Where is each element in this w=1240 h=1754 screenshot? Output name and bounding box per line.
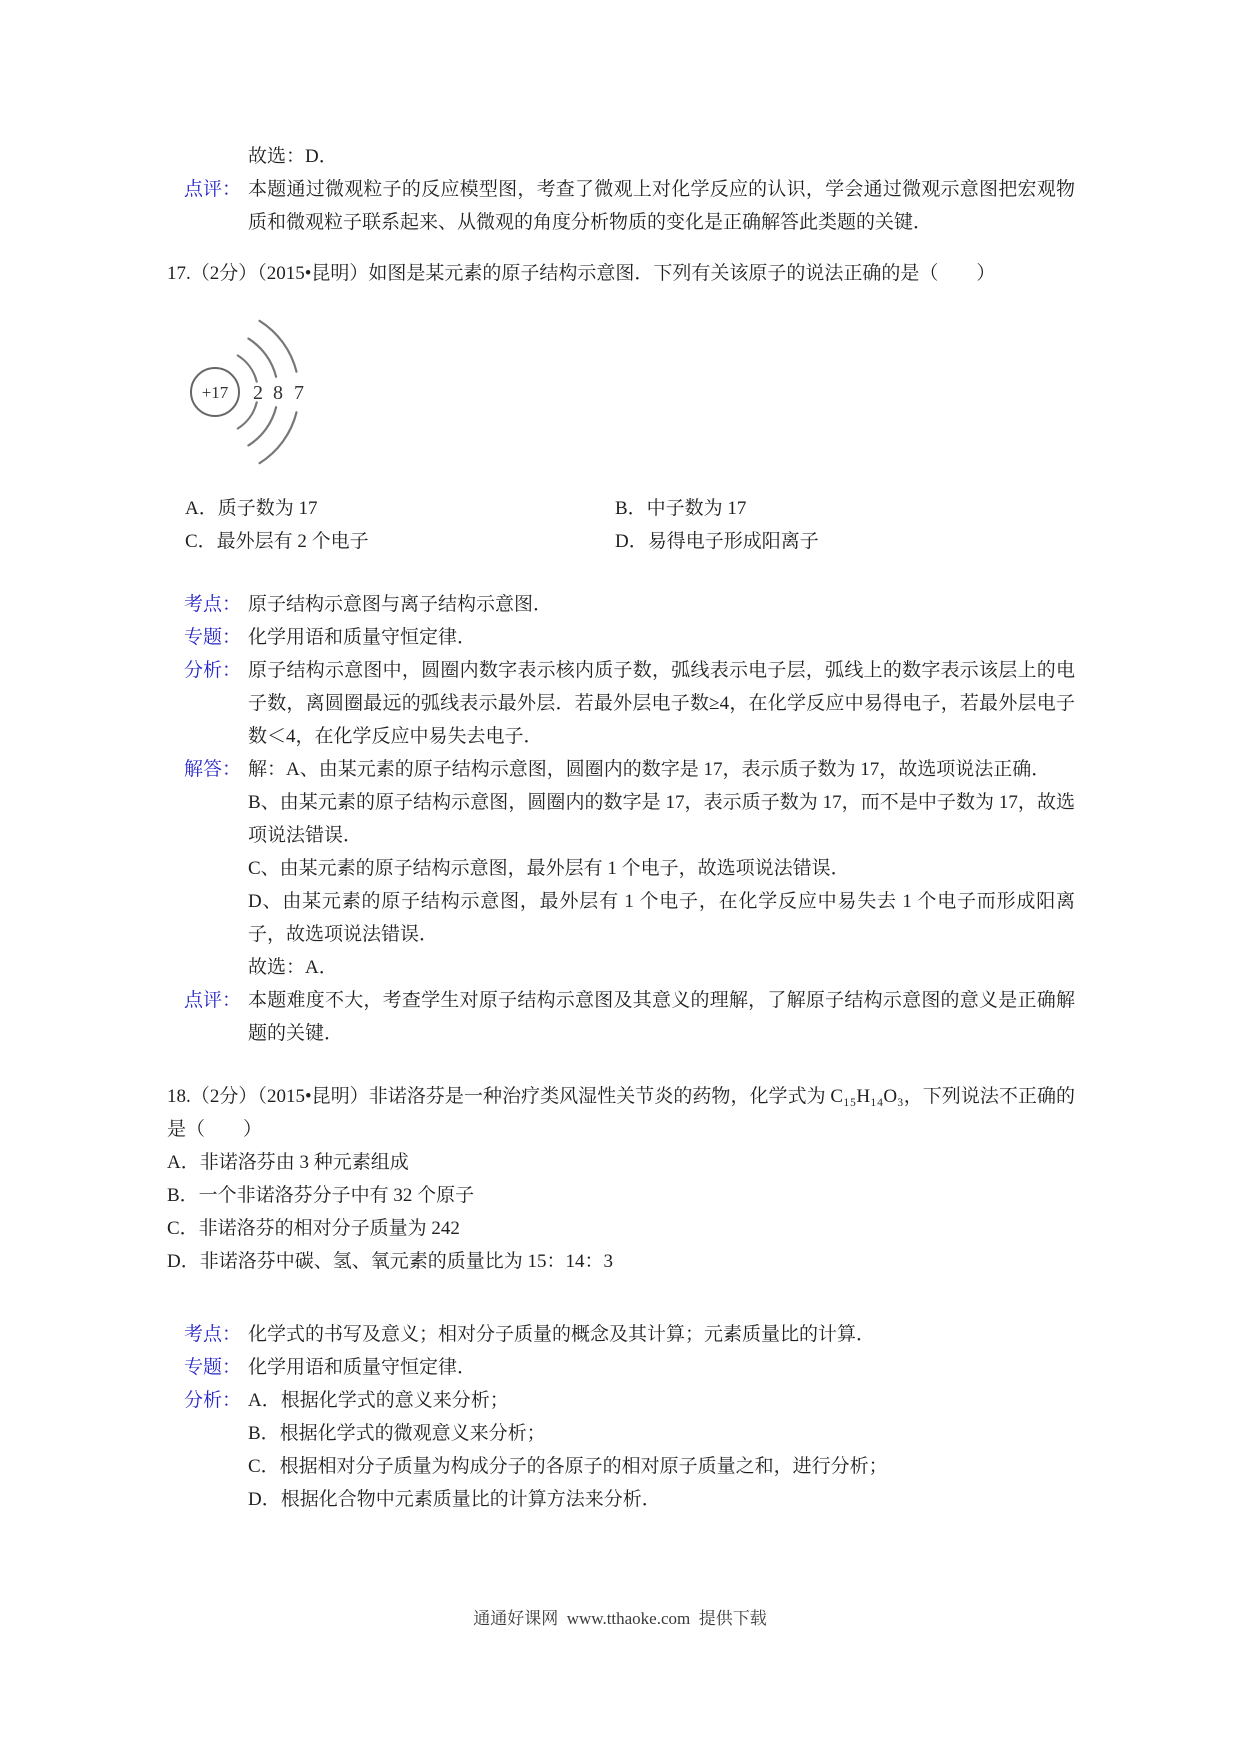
kaodian-label: 考点： bbox=[184, 1318, 248, 1351]
q17-fenxi-text: 原子结构示意图中，圆圈内数字表示核内质子数，弧线表示电子层，弧线上的数字表示该层… bbox=[248, 654, 1075, 753]
zhuanti-label: 专题： bbox=[184, 1351, 248, 1384]
solution-paragraph: B、由某元素的原子结构示意图，圆圈内的数字是 17，表示质子数为 17，而不是中… bbox=[248, 786, 1075, 852]
q18-options: A．非诺洛芬由 3 种元素组成 B．一个非诺洛芬分子中有 32 个原子 C．非诺… bbox=[167, 1146, 1075, 1278]
q17-option-d: D．易得电子形成阳离子 bbox=[615, 525, 1075, 558]
q17-kaodian-row: 考点： 原子结构示意图与离子结构示意图． bbox=[167, 588, 1075, 621]
q18-stem: 18.（2分）（2015•昆明）非诺洛芬是一种治疗类风湿性关节炎的药物，化学式为… bbox=[167, 1080, 1075, 1146]
fenxi-label: 分析： bbox=[184, 1384, 248, 1417]
q18-kaodian-row: 考点： 化学式的书写及意义；相对分子质量的概念及其计算；元素质量比的计算． bbox=[167, 1318, 1075, 1351]
analysis-item: D．根据化合物中元素质量比的计算方法来分析． bbox=[248, 1483, 1075, 1516]
q16-review-row: 点评： 本题通过微观粒子的反应模型图，考查了微观上对化学反应的认识，学会通过微观… bbox=[167, 173, 1075, 239]
q18-zhuanti-text: 化学用语和质量守恒定律． bbox=[248, 1351, 1075, 1384]
nucleus-charge: +17 bbox=[202, 383, 229, 402]
q17-diagram-wrap: +17 2 8 7 bbox=[167, 294, 1075, 492]
q18-kaodian-text: 化学式的书写及意义；相对分子质量的概念及其计算；元素质量比的计算． bbox=[248, 1318, 1075, 1351]
q18-zhuanti-row: 专题： 化学用语和质量守恒定律． bbox=[167, 1351, 1075, 1384]
q16-answer-line: 故选：D． bbox=[167, 140, 1075, 173]
shell-arc-3-bottom bbox=[260, 412, 297, 463]
q17-jieda-row: 解答： 解：A、由某元素的原子结构示意图，圆圈内的数字是 17，表示质子数为 1… bbox=[167, 753, 1075, 984]
shell-arc-1-top bbox=[238, 356, 257, 382]
q18-fenxi-row: 分析： A．根据化学式的意义来分析； B．根据化学式的微观意义来分析； C．根据… bbox=[167, 1384, 1075, 1516]
solution-paragraph: D、由某元素的原子结构示意图，最外层有 1 个电子，在化学反应中易失去 1 个电… bbox=[248, 885, 1075, 951]
solution-paragraph: 解：A、由某元素的原子结构示意图，圆圈内的数字是 17，表示质子数为 17，故选… bbox=[248, 753, 1075, 786]
q17-dianping-row: 点评： 本题难度不大，考查学生对原子结构示意图及其意义的理解，了解原子结构示意图… bbox=[167, 984, 1075, 1050]
spacer bbox=[167, 558, 1075, 588]
spacer bbox=[167, 1050, 1075, 1080]
q17-options: A．质子数为 17 B．中子数为 17 C．最外层有 2 个电子 D．易得电子形… bbox=[185, 492, 1075, 558]
q18-option-d: D．非诺洛芬中碳、氢、氧元素的质量比为 15：14：3 bbox=[167, 1245, 1075, 1278]
q17-answer-line: 故选：A． bbox=[248, 951, 1075, 984]
shell-electron-count-1: 2 bbox=[253, 382, 263, 404]
review-label: 点评： bbox=[184, 173, 248, 206]
page-content: 故选：D． 点评： 本题通过微观粒子的反应模型图，考查了微观上对化学反应的认识，… bbox=[167, 140, 1075, 1516]
jieda-label: 解答： bbox=[184, 753, 248, 786]
document-page: 故选：D． 点评： 本题通过微观粒子的反应模型图，考查了微观上对化学反应的认识，… bbox=[0, 0, 1240, 1754]
spacer bbox=[167, 239, 1075, 257]
q16-review-text: 本题通过微观粒子的反应模型图，考查了微观上对化学反应的认识，学会通过微观示意图把… bbox=[248, 173, 1075, 239]
shell-arc-1-bottom bbox=[238, 402, 257, 428]
q18-fenxi-body: A．根据化学式的意义来分析； B．根据化学式的微观意义来分析； C．根据相对分子… bbox=[248, 1384, 1075, 1516]
kaodian-label: 考点： bbox=[184, 588, 248, 621]
q18-option-a: A．非诺洛芬由 3 种元素组成 bbox=[167, 1146, 1075, 1179]
q17-dianping-text: 本题难度不大，考查学生对原子结构示意图及其意义的理解，了解原子结构示意图的意义是… bbox=[248, 984, 1075, 1050]
shell-electron-count-3: 7 bbox=[294, 382, 304, 404]
shell-electron-count-2: 8 bbox=[273, 382, 283, 404]
q17-fenxi-row: 分析： 原子结构示意图中，圆圈内数字表示核内质子数，弧线表示电子层，弧线上的数字… bbox=[167, 654, 1075, 753]
analysis-item: A．根据化学式的意义来分析； bbox=[248, 1384, 1075, 1417]
atomic-structure-diagram: +17 2 8 7 bbox=[175, 294, 325, 492]
dianping-label: 点评： bbox=[184, 984, 248, 1017]
analysis-item: B．根据化学式的微观意义来分析； bbox=[248, 1417, 1075, 1450]
site-footer: 通通好课网 www.tthaoke.com 提供下载 bbox=[0, 1602, 1240, 1635]
q17-option-c: C．最外层有 2 个电子 bbox=[185, 525, 615, 558]
q17-stem: 17.（2分）（2015•昆明）如图是某元素的原子结构示意图．下列有关该原子的说… bbox=[167, 257, 1075, 290]
q17-zhuanti-row: 专题： 化学用语和质量守恒定律． bbox=[167, 621, 1075, 654]
analysis-item: C．根据相对分子质量为构成分子的各原子的相对原子质量之和，进行分析； bbox=[248, 1450, 1075, 1483]
solution-paragraph: C、由某元素的原子结构示意图，最外层有 1 个电子，故选项说法错误． bbox=[248, 852, 1075, 885]
spacer bbox=[167, 1278, 1075, 1318]
q18-option-c: C．非诺洛芬的相对分子质量为 242 bbox=[167, 1212, 1075, 1245]
shell-arc-3-top bbox=[260, 321, 297, 372]
q18-option-b: B．一个非诺洛芬分子中有 32 个原子 bbox=[167, 1179, 1075, 1212]
zhuanti-label: 专题： bbox=[184, 621, 248, 654]
q17-zhuanti-text: 化学用语和质量守恒定律． bbox=[248, 621, 1075, 654]
q17-jieda-body: 解：A、由某元素的原子结构示意图，圆圈内的数字是 17，表示质子数为 17，故选… bbox=[248, 753, 1075, 984]
q17-kaodian-text: 原子结构示意图与离子结构示意图． bbox=[248, 588, 1075, 621]
q17-option-a: A．质子数为 17 bbox=[185, 492, 615, 525]
q17-option-b: B．中子数为 17 bbox=[615, 492, 1075, 525]
fenxi-label: 分析： bbox=[184, 654, 248, 687]
